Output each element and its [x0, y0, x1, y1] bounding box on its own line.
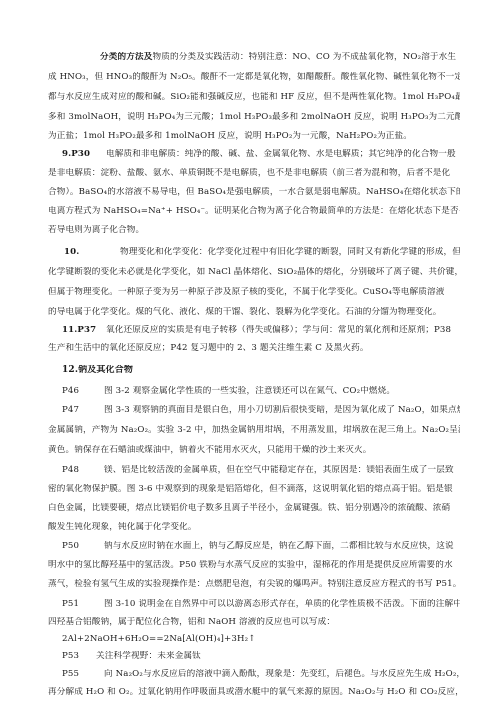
p47-line: P47图 3-3 观察钠的真面目是银白色，用小刀切割后很快变暗，是因为氧化成了 …: [62, 405, 460, 416]
page-ref: P47: [62, 405, 104, 416]
page-ref: P50: [62, 541, 104, 552]
section-number: 9.P30: [62, 149, 106, 160]
paragraph-line: 再分解成 H₂O 和 O₂。过氧化钠用作呼吸面具或潜水艇中的氧气来源的原因。Na…: [48, 687, 460, 698]
chemical-equation: 2Al+2NaOH+6H₂O==2Na[Al(OH)₄]+3H₂↑: [62, 634, 460, 645]
line-text: 关注科学视野：未来金属钛: [96, 651, 201, 661]
paragraph-line: 的导电属于化学变化。煤的气化、液化、煤的干馏、裂化、裂解为化学变化。石油的分馏为…: [48, 307, 460, 318]
line-text: 物质的分类及实践活动：特别注意：NO、CO 为不成盐氧化物，NO₂溶于水生: [152, 52, 456, 62]
paragraph-line: 成 HNO₃，但 HNO₃的酸酐为 N₂O₅。酸酐不一定都是氧化物，如醋酸酐。酸…: [48, 72, 460, 83]
paragraph-line: 密的氧化物保护膜。图 3-6 中观察到的现象是铝箔熔化，但不滴落，这说明氧化铝的…: [48, 484, 460, 495]
line-text: 图 3-10 说明金在自然界中可以以游离态形式存在，单质的化学性质极不活泼。下面…: [104, 599, 460, 609]
section-number: 10.: [64, 247, 120, 258]
line-text: 图 3-3 观察钠的真面目是银白色，用小刀切割后很快变暗，是因为氧化成了 Na₂…: [104, 405, 460, 415]
paragraph-lead: 分类的方法及: [100, 52, 152, 62]
paragraph-line: 多和 3molNaOH，说明 H₃PO₄为三元酸；1mol H₃PO₃最多和 2…: [48, 112, 460, 123]
line-text: 电解质和非电解质：纯净的酸、碱、盐、金属氧化物、水是电解质；其它纯净的化合物一般: [106, 149, 456, 159]
p48-line: P48镁、铝是比较活泼的金属单质，但在空气中能稳定存在，其原因是：镁铝表面生成了…: [62, 465, 460, 476]
section-number: 11.P37: [62, 325, 106, 336]
paragraph-line: 合物）。BaSO₄的水溶液不易导电，但 BaSO₄是强电解质，一水合氨是弱电解质…: [48, 187, 460, 198]
line-text: 钠与水反应时钠在水面上，钠与乙醇反应是，钠在乙醇下面，二都相比较与水反应快，这说: [104, 541, 454, 551]
page-ref: P53: [62, 651, 96, 662]
line-text: 氧化还原反应的实质是有电子转移（得失或偏移）；学与问：常见的氧化剂和还原剂；P3…: [106, 325, 451, 335]
page-ref: P48: [62, 465, 104, 476]
paragraph-line: 化学键断裂的变化未必就是化学变化，如 NaCl 晶体熔化、SiO₂晶体的熔化，分…: [48, 267, 460, 278]
paragraph-line: 为正盐；1mol H₃PO₂最多和 1molNaOH 反应，说明 H₃PO₂为一…: [48, 131, 460, 142]
paragraph-line: 是非电解质：淀粉、盐酸、氨水、单质铜既不是电解质，也不是非电解质（前三者为混和物…: [48, 168, 460, 179]
page-ref: P46: [62, 386, 104, 397]
paragraph-line: 若导电则为离子化合物。: [48, 225, 460, 236]
page-ref: P51: [62, 599, 104, 610]
p50-line: P50钠与水反应时钠在水面上，钠与乙醇反应是，钠在乙醇下面，二都相比较与水反应快…: [62, 541, 460, 552]
line-text: 物理变化和化学变化：化学变化过程中有旧化学键的断裂，同时又有新化学键的形成，但有: [120, 247, 460, 257]
line-text: 向 Na₂O₂与水反应后的溶液中滴入酚酞，现象是：先变红，后褪色。与水反应先生成…: [104, 669, 460, 679]
p46-line: P46图 3-2 观察金属化学性质的一些实验，注意镁还可以在氮气、CO₂中燃烧。: [62, 386, 460, 397]
document-page: 分类的方法及物质的分类及实践活动：特别注意：NO、CO 为不成盐氧化物，NO₂溶…: [0, 0, 500, 707]
paragraph-line: 电离方程式为 NaHSO₄=Na⁺+ HSO₄⁻。证明某化合物为离子化合物最简单…: [48, 206, 460, 217]
line-text: 图 3-2 观察金属化学性质的一些实验，注意镁还可以在氮气、CO₂中燃烧。: [104, 386, 395, 396]
section-11-line: 11.P37氧化还原反应的实质是有电子转移（得失或偏移）；学与问：常见的氧化剂和…: [62, 325, 460, 336]
paragraph-line: 金属属钠，产物为 Na₂O₂。实验 3-2 中，加热金属钠用坩埚，不用蒸发皿，坩…: [48, 425, 460, 436]
paragraph-line: 生产和生活中的氧化还原反应；P42 复习题中的 2、3 题关注维生素 C 及黑火…: [48, 343, 460, 354]
page-ref: P55: [62, 669, 104, 680]
p51-line: P51图 3-10 说明金在自然界中可以以游离态形式存在，单质的化学性质极不活泼…: [62, 599, 460, 610]
paragraph-line: 都与水反应生成对应的酸和碱。SiO₂能和强碱反应，也能和 HF 反应，但不是两性…: [48, 92, 460, 103]
paragraph-line: 酸发生钝化现象，钝化属于化学变化。: [48, 522, 460, 533]
paragraph-line: 四羟基合铝酸钠，属于配位化合物，铝和 NaOH 溶液的反应也可以写成：: [48, 617, 460, 628]
paragraph-line: 分类的方法及物质的分类及实践活动：特别注意：NO、CO 为不成盐氧化物，NO₂溶…: [100, 52, 460, 63]
section-9-line: 9.P30电解质和非电解质：纯净的酸、碱、盐、金属氧化物、水是电解质；其它纯净的…: [62, 149, 460, 160]
paragraph-line: 明水中的氢比醇羟基中的氢活泼。P50 铁粉与水蒸气反应的实验中，湿棉花的作用是提…: [48, 560, 460, 571]
section-10-line: 10.物理变化和化学变化：化学变化过程中有旧化学键的断裂，同时又有新化学键的形成…: [64, 247, 460, 258]
section-12-heading: 12.钠及其化合物: [62, 365, 460, 376]
line-text: 镁、铝是比较活泼的金属单质，但在空气中能稳定存在，其原因是：镁铝表面生成了一层致: [104, 465, 454, 475]
p53-line: P53关注科学视野：未来金属钛: [62, 651, 460, 662]
paragraph-line: 但属于物理变化。一种原子变为另一种原子涉及原子核的变化，不属于化学变化。CuSO…: [48, 287, 460, 298]
paragraph-line: 白色金属，比镁要硬，熔点比镁铝价电子数多且离子半径小，金属键强。铁、铝分别遇冷的…: [48, 503, 460, 514]
paragraph-line: 蒸气，检验有氢气生成的实验现操作是：点燃肥皂泡，有尖锐的爆鸣声。特别注意反应方程…: [48, 579, 460, 590]
p55-line: P55向 Na₂O₂与水反应后的溶液中滴入酚酞，现象是：先变红，后褪色。与水反应…: [62, 669, 460, 680]
paragraph-line: 黄色。钠保存在石蜡油或煤油中，钠着火不能用水灭火，只能用干燥的沙土来灭火。: [48, 445, 460, 456]
